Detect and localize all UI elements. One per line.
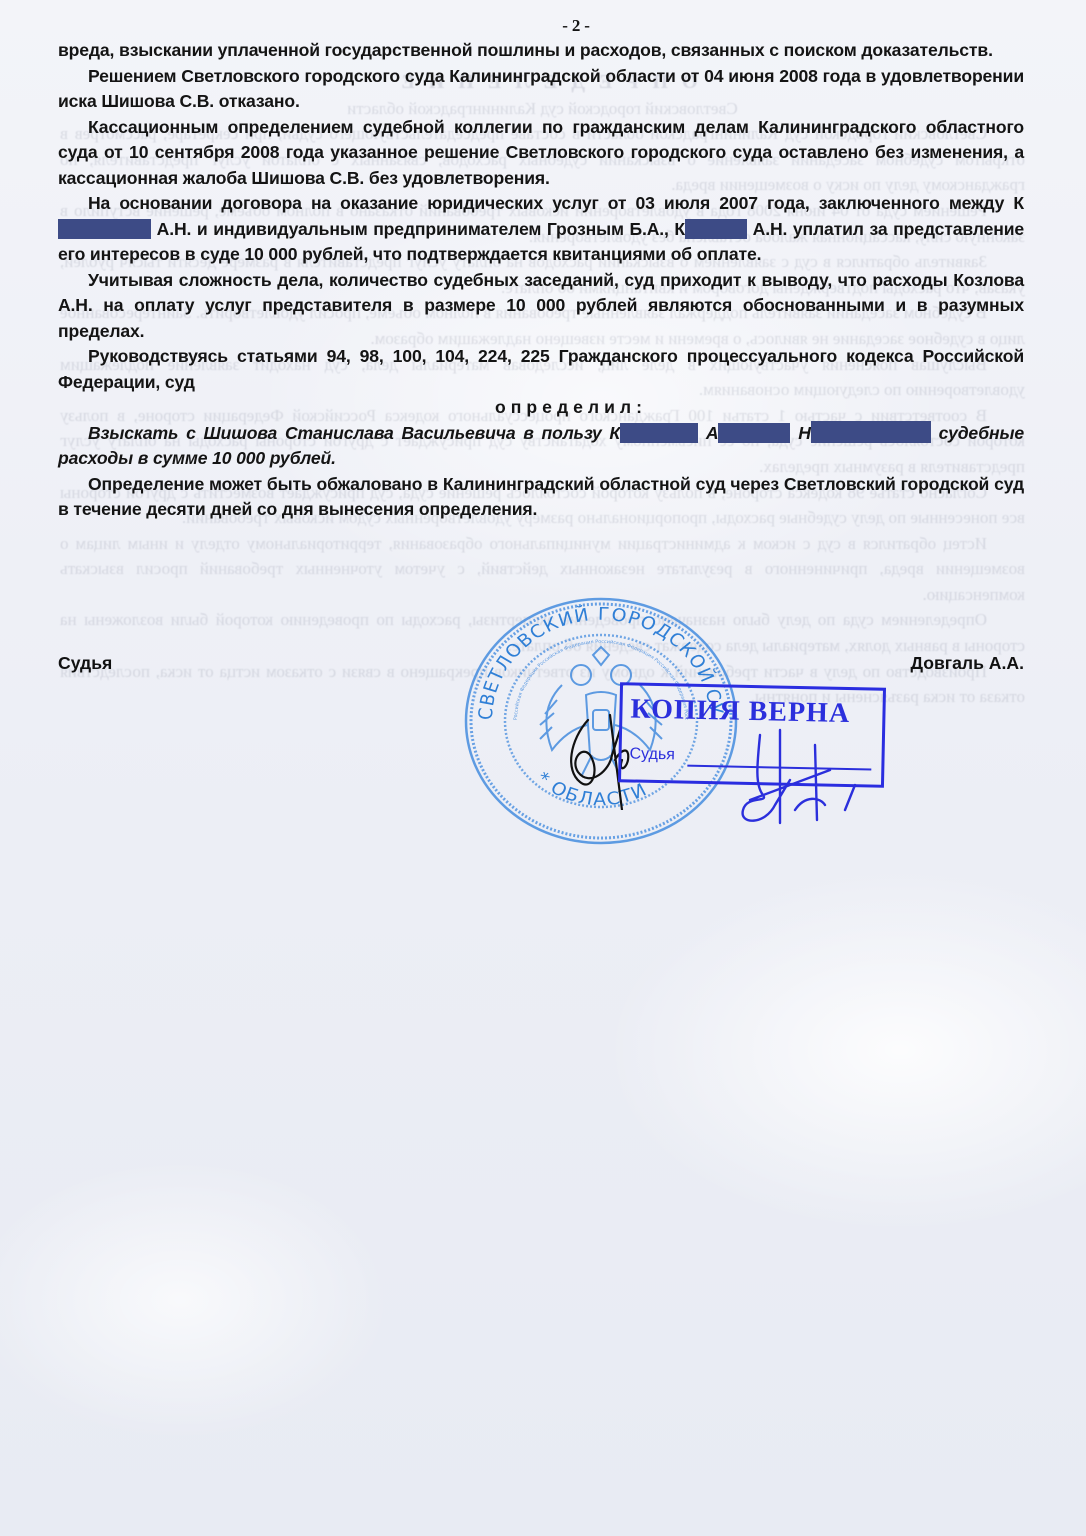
paragraph-continuation: вреда, взыскании уплаченной государствен… xyxy=(58,38,1024,64)
decision-heading: определил: xyxy=(118,395,1024,421)
stamp-subtitle: Судья xyxy=(629,745,675,764)
paragraph-cassation: Кассационным определением судебной колле… xyxy=(58,115,1024,192)
judge-role-label: Судья xyxy=(58,653,112,674)
paragraph-ruling: Взыскать с Шишова Станислава Васильевича… xyxy=(58,421,1024,472)
redaction-block xyxy=(685,219,747,239)
redaction-block xyxy=(620,423,698,443)
document-body: - 2 - вреда, взыскании уплаченной госуда… xyxy=(58,14,1024,523)
ruling-text-1: Взыскать с Шишова Станислава Васильевича… xyxy=(88,423,620,443)
paragraph-legal-basis: Руководствуясь статьями 94, 98, 100, 104… xyxy=(58,344,1024,395)
paragraph-reasoning: Учитывая сложность дела, количество суде… xyxy=(58,268,1024,345)
ruling-text-2: А xyxy=(698,423,718,443)
page-number: - 2 - xyxy=(128,14,1024,38)
contract-text-1: На основании договора на оказание юридич… xyxy=(88,193,1024,213)
ruling-text-3: Н xyxy=(790,423,810,443)
contract-text-2: А.Н. и индивидуальным предпринимателем Г… xyxy=(151,219,685,239)
paragraph-contract: На основании договора на оказание юридич… xyxy=(58,191,1024,268)
redaction-block xyxy=(811,421,931,443)
scanned-page: ОПРЕДЕЛЕНИЕ Светловский городской суд Ка… xyxy=(0,0,1086,1536)
paragraph-appeal: Определение может быть обжаловано в Кали… xyxy=(58,472,1024,523)
redaction-block xyxy=(58,219,151,239)
certified-copy-stamp: КОПИЯ ВЕРНА Судья xyxy=(618,682,886,788)
judge-name: Довгаль А.А. xyxy=(911,653,1025,674)
redaction-block xyxy=(718,423,790,443)
paragraph-first-instance: Решением Светловского городского суда Ка… xyxy=(58,64,1024,115)
stamp-title: КОПИЯ ВЕРНА xyxy=(630,693,850,730)
stamp-signature-line xyxy=(687,765,871,771)
